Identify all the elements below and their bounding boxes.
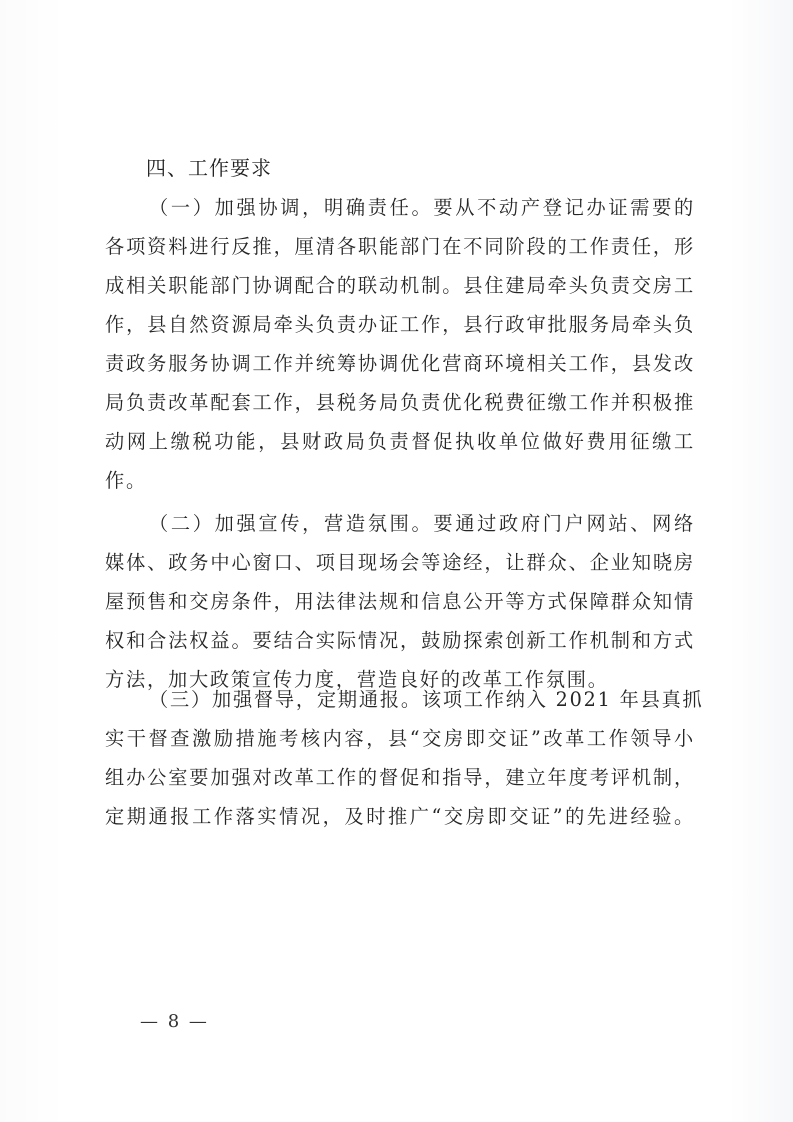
paragraph-line: 媒体、政务中心窗口、项目现场会等途经，让群众、企业知晓房 (105, 543, 695, 582)
paragraph-line: （一）加强协调，明确责任。要从不动产登记办证需要的 (105, 188, 695, 227)
paragraph-line: 作，县自然资源局牵头负责办证工作，县行政审批服务局牵头负 (105, 305, 695, 344)
paragraph-line: 责政务服务协调工作并统筹协调优化营商环境相关工作，县发改 (105, 344, 695, 383)
paragraph-line: 局负责改革配套工作，县税务局负责优化税费征缴工作并积极推 (105, 383, 695, 422)
paragraph-line: （二）加强宣传，营造氛围。要通过政府门户网站、网络 (105, 504, 695, 543)
paragraph-line: 屋预售和交房条件，用法律法规和信息公开等方式保障群众知情 (105, 582, 695, 621)
paragraph-publicity: （二）加强宣传，营造氛围。要通过政府门户网站、网络 媒体、政务中心窗口、项目现场… (105, 504, 695, 699)
paragraph-line: 组办公室要加强对改革工作的督促和指导，建立年度考评机制， (105, 758, 695, 797)
paragraph-line: 动网上缴税功能，县财政局负责督促执收单位做好费用征缴工 (105, 422, 695, 461)
paragraph-line: 作。 (105, 461, 695, 500)
paragraph-line: 各项资料进行反推，厘清各职能部门在不同阶段的工作责任，形 (105, 227, 695, 266)
paragraph-line: 定期通报工作落实情况，及时推广“交房即交证”的先进经验。 (105, 797, 695, 836)
paragraph-line: 权和合法权益。要结合实际情况，鼓励探索创新工作机制和方式 (105, 621, 695, 660)
paragraph-line: （三）加强督导，定期通报。该项工作纳入 2021 年县真抓 (105, 680, 695, 719)
page-number: — 8 — (140, 1010, 209, 1034)
paragraph-line: 实干督查激励措施考核内容，县“交房即交证”改革工作领导小 (105, 719, 695, 758)
paragraph-line: 成相关职能部门协调配合的联动机制。县住建局牵头负责交房工 (105, 266, 695, 305)
document-page: 四、工作要求 （一）加强协调，明确责任。要从不动产登记办证需要的 各项资料进行反… (0, 0, 793, 1122)
paragraph-coordination: （一）加强协调，明确责任。要从不动产登记办证需要的 各项资料进行反推，厘清各职能… (105, 188, 695, 500)
paragraph-supervision: （三）加强督导，定期通报。该项工作纳入 2021 年县真抓 实干督查激励措施考核… (105, 680, 695, 836)
section-heading: 四、工作要求 (146, 154, 272, 182)
